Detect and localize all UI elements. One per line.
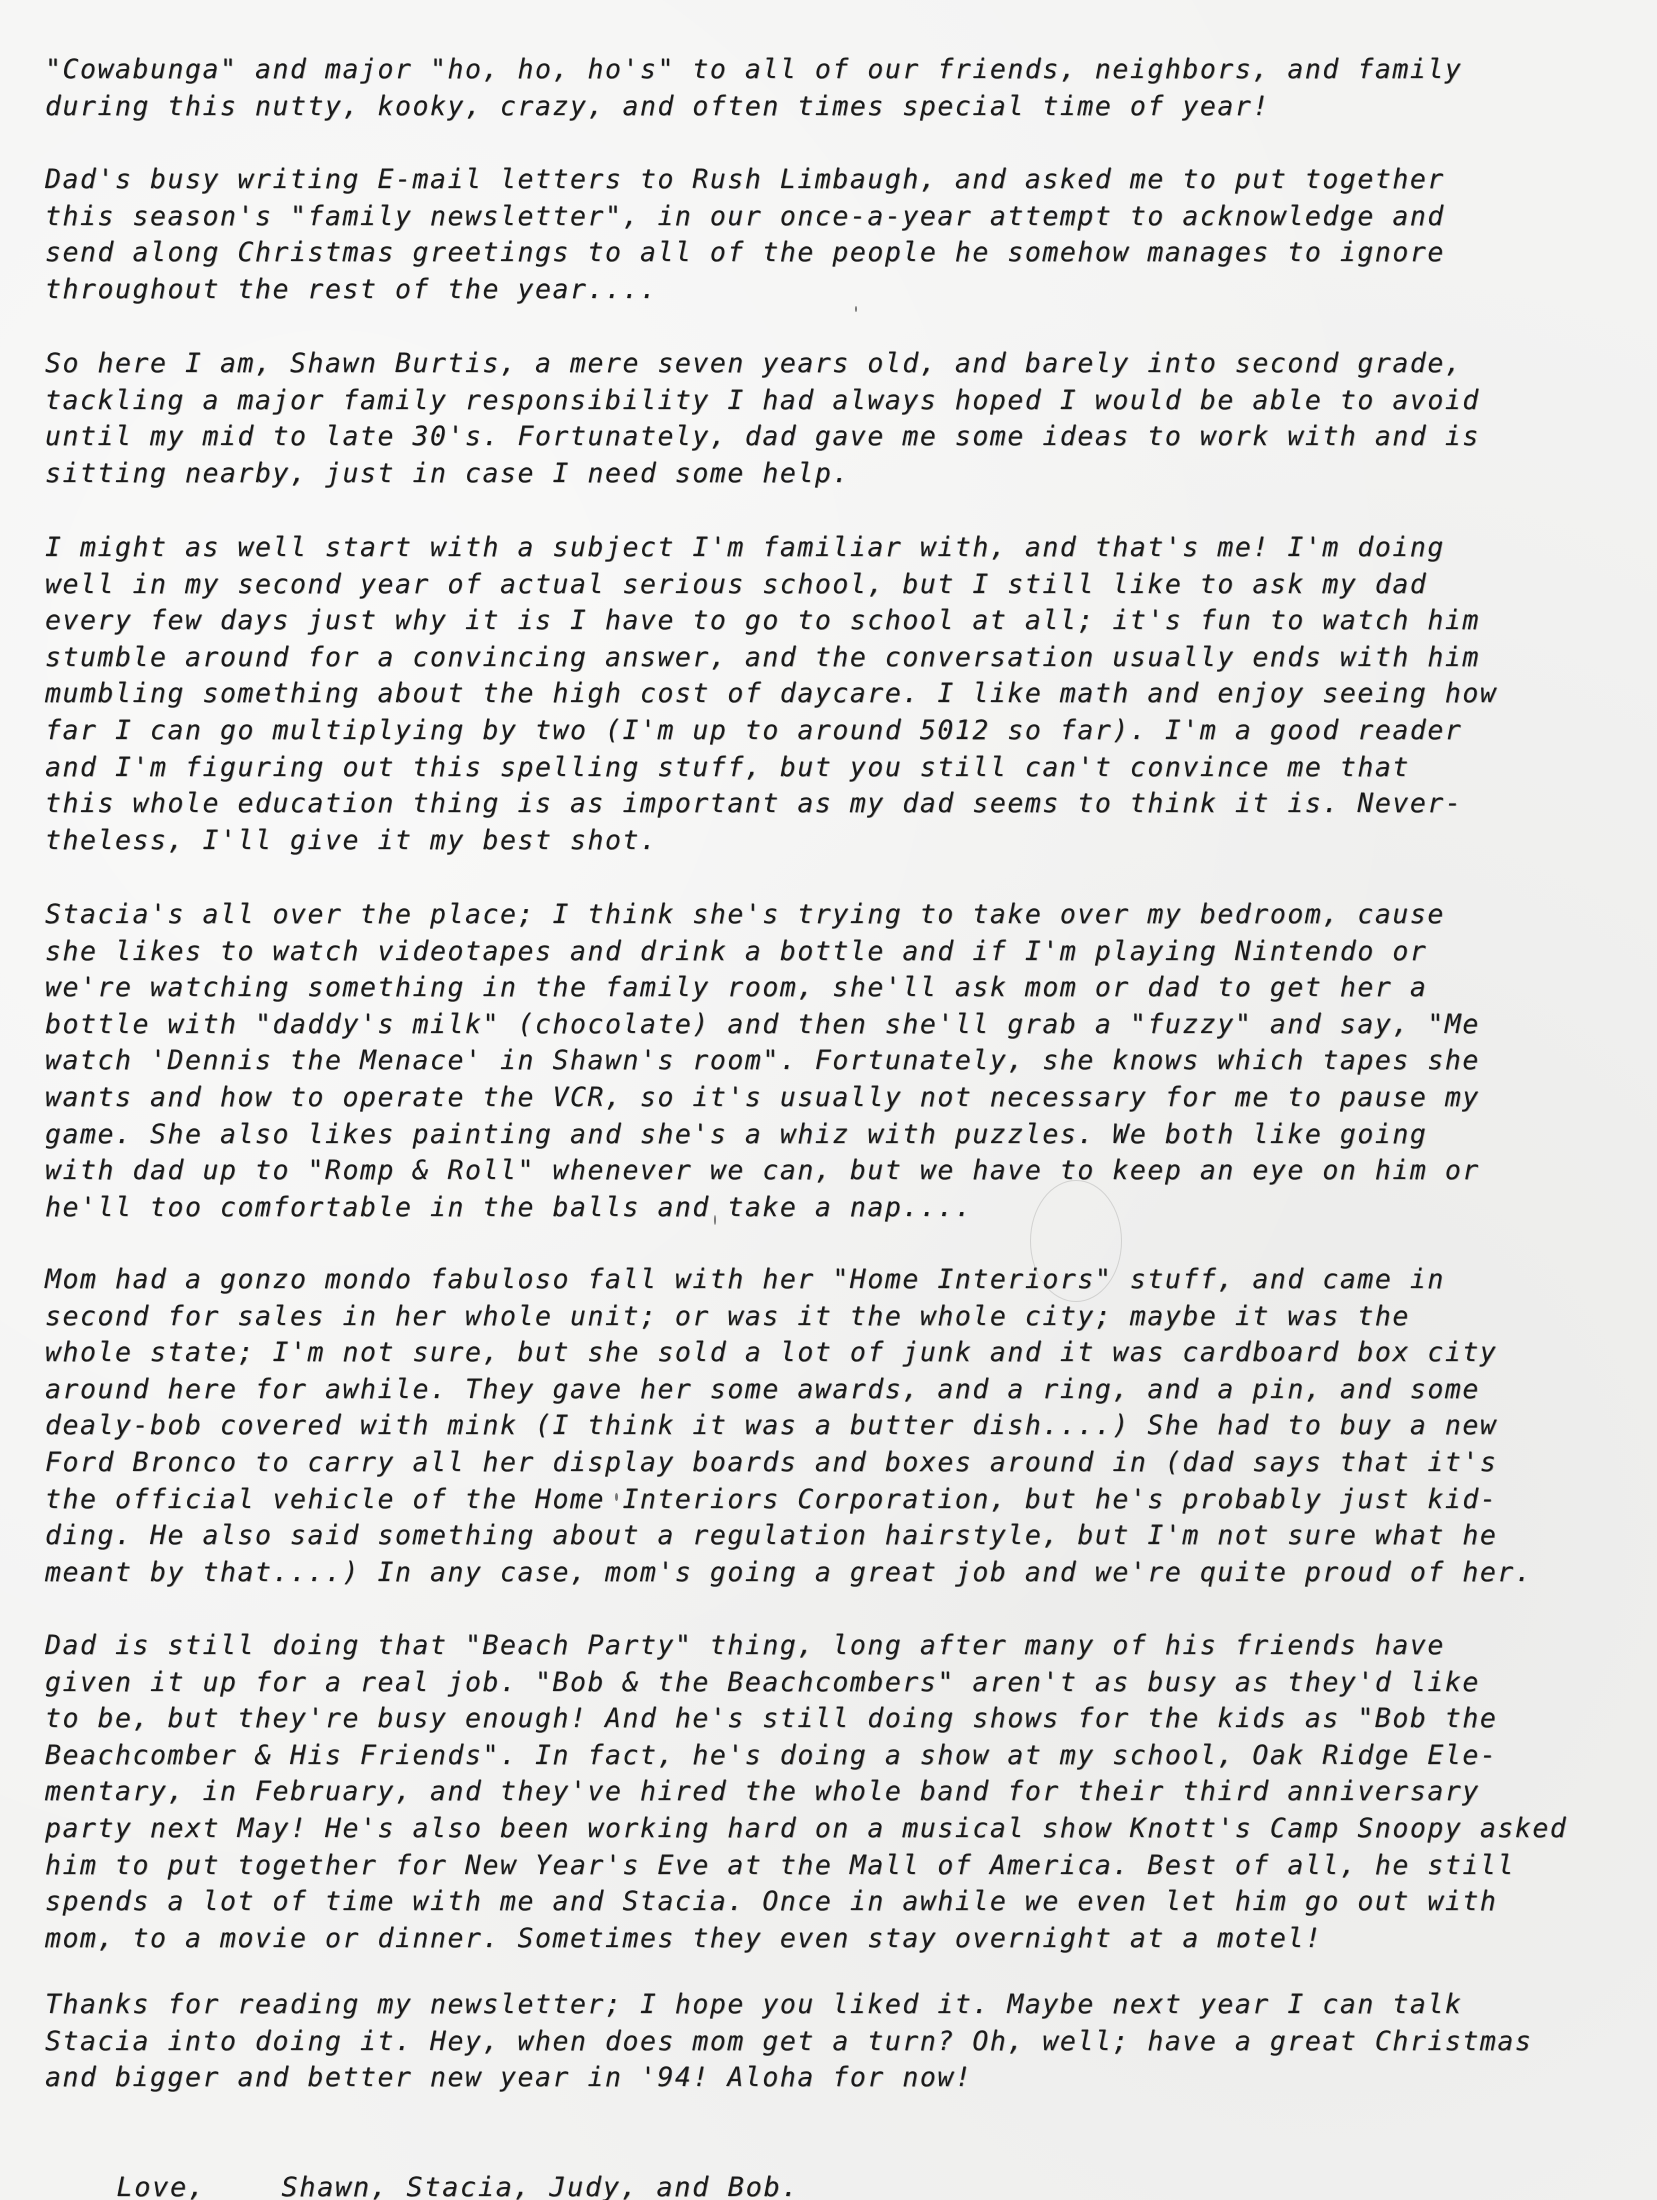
closing-signature: Love,Shawn, Stacia, Judy, and Bob.	[45, 2133, 799, 2170]
text-line: second for sales in her whole unit; or w…	[45, 1299, 1593, 1336]
text-line: this whole education thing is as importa…	[45, 786, 1593, 823]
text-line: well in my second year of actual serious…	[45, 567, 1593, 604]
paper-speck	[855, 306, 857, 312]
text-line: whole state; I'm not sure, but she sold …	[45, 1335, 1593, 1372]
text-line: Dad is still doing that "Beach Party" th…	[45, 1628, 1593, 1665]
paper-speck	[615, 1493, 618, 1501]
text-line: Stacia into doing it. Hey, when does mom…	[45, 2024, 1593, 2061]
closing-salutation: Love,	[116, 2170, 281, 2200]
paragraph-dad: Dad is still doing that "Beach Party" th…	[45, 1628, 1625, 1957]
paragraph-stacia: Stacia's all over the place; I think she…	[45, 897, 1625, 1226]
text-line: theless, I'll give it my best shot.	[45, 823, 1593, 860]
text-line: we're watching something in the family r…	[45, 970, 1593, 1007]
paragraph-thanks: Thanks for reading my newsletter; I hope…	[45, 1987, 1625, 2097]
text-line: sitting nearby, just in case I need some…	[45, 456, 1593, 493]
signature-names: Shawn, Stacia, Judy, and Bob.	[281, 2172, 799, 2200]
text-line: given it up for a real job. "Bob & the B…	[45, 1665, 1593, 1702]
letter-page: "Cowabunga" and major "ho, ho, ho's" to …	[0, 0, 1657, 2200]
text-line: mumbling something about the high cost o…	[45, 676, 1593, 713]
text-line: meant by that....) In any case, mom's go…	[45, 1555, 1593, 1592]
text-line: and bigger and better new year in '94! A…	[45, 2060, 1593, 2097]
paragraph-intro: Dad's busy writing E-mail letters to Rus…	[45, 162, 1625, 308]
text-line: party next May! He's also been working h…	[45, 1811, 1593, 1848]
text-line: until my mid to late 30's. Fortunately, …	[45, 419, 1593, 456]
text-line: every few days just why it is I have to …	[45, 603, 1593, 640]
text-line: Dad's busy writing E-mail letters to Rus…	[45, 162, 1593, 199]
text-line: Mom had a gonzo mondo fabuloso fall with…	[45, 1262, 1593, 1299]
text-line: ding. He also said something about a reg…	[45, 1518, 1593, 1555]
text-line: mentary, in February, and they've hired …	[45, 1774, 1593, 1811]
text-line: during this nutty, kooky, crazy, and oft…	[45, 89, 1593, 126]
text-line: So here I am, Shawn Burtis, a mere seven…	[45, 346, 1593, 383]
text-line: Ford Bronco to carry all her display boa…	[45, 1445, 1593, 1482]
text-line: Beachcomber & His Friends". In fact, he'…	[45, 1738, 1593, 1775]
text-line: him to put together for New Year's Eve a…	[45, 1848, 1593, 1885]
text-line: I might as well start with a subject I'm…	[45, 530, 1593, 567]
paragraph-author: So here I am, Shawn Burtis, a mere seven…	[45, 346, 1625, 492]
faint-pencil-mark	[1030, 1180, 1122, 1302]
paragraph-greeting: "Cowabunga" and major "ho, ho, ho's" to …	[45, 52, 1625, 125]
text-line: he'll too comfortable in the balls and t…	[45, 1190, 1593, 1227]
text-line: Stacia's all over the place; I think she…	[45, 897, 1593, 934]
text-line: tackling a major family responsibility I…	[45, 383, 1593, 420]
paragraph-mom: Mom had a gonzo mondo fabuloso fall with…	[45, 1262, 1625, 1591]
text-line: and I'm figuring out this spelling stuff…	[45, 750, 1593, 787]
text-line: far I can go multiplying by two (I'm up …	[45, 713, 1593, 750]
text-line: dealy-bob covered with mink (I think it …	[45, 1408, 1593, 1445]
text-line: around here for awhile. They gave her so…	[45, 1372, 1593, 1409]
text-line: this season's "family newsletter", in ou…	[45, 199, 1593, 236]
text-line: game. She also likes painting and she's …	[45, 1117, 1593, 1154]
text-line: mom, to a movie or dinner. Sometimes the…	[45, 1921, 1593, 1958]
text-line: spends a lot of time with me and Stacia.…	[45, 1884, 1593, 1921]
text-line: watch 'Dennis the Menace' in Shawn's roo…	[45, 1043, 1593, 1080]
text-line: send along Christmas greetings to all of…	[45, 235, 1593, 272]
text-line: wants and how to operate the VCR, so it'…	[45, 1080, 1593, 1117]
text-line: Thanks for reading my newsletter; I hope…	[45, 1987, 1593, 2024]
text-line: to be, but they're busy enough! And he's…	[45, 1701, 1593, 1738]
text-line: with dad up to "Romp & Roll" whenever we…	[45, 1153, 1593, 1190]
text-line: stumble around for a convincing answer, …	[45, 640, 1593, 677]
paper-speck	[714, 1215, 716, 1225]
text-line: "Cowabunga" and major "ho, ho, ho's" to …	[45, 52, 1593, 89]
paragraph-shawn: I might as well start with a subject I'm…	[45, 530, 1625, 859]
text-line: throughout the rest of the year....	[45, 272, 1593, 309]
text-line: she likes to watch videotapes and drink …	[45, 934, 1593, 971]
text-line: the official vehicle of the Home Interio…	[45, 1482, 1593, 1519]
text-line: bottle with "daddy's milk" (chocolate) a…	[45, 1007, 1593, 1044]
